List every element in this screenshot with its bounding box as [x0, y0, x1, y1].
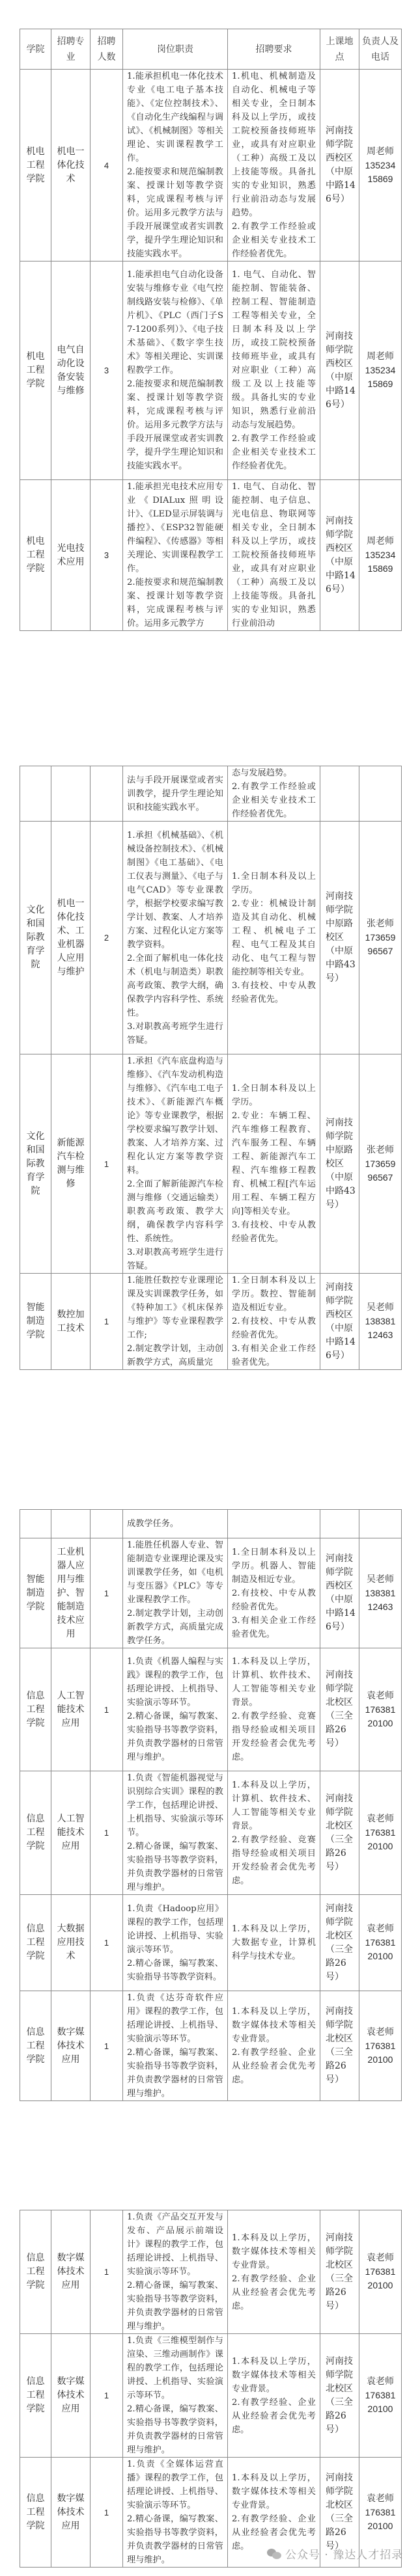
cell-major: 机电一体化技术	[51, 70, 91, 262]
cell-duties: 1.能承担电气自动化设备安装与维修专业《电气控制线路安装与检修》、《单片机》、《…	[123, 262, 228, 480]
cell-duties-item: 2.全面了解机电一体化技术（机电与制造类）职教高考政策、教学大纲，确保教学内容科…	[127, 952, 223, 1020]
watermark: 公众号 · 豫达人才招录	[267, 2545, 403, 2562]
table-page-3: 成教学任务。智能制造学院工业机器人应用与维护、智能制造技术应用11.能胜任机器人…	[20, 1509, 401, 2101]
cell-location: 河南技师学院西校区（中原中路146号）	[320, 480, 359, 631]
cell-college: 信息工程学院	[20, 2210, 51, 2334]
cell-college: 机电工程学院	[20, 480, 51, 631]
cell-duties: 1.能承担机电一体化技术专业《电工电子基本技能》、《定位控制技术》、《自动化生产…	[123, 70, 228, 262]
cell-count: 1	[91, 2334, 123, 2458]
cell-requirements: 1.全日制本科及以上学历。数控、智能制造及相近专业。2.有技校、中专从教经验者优…	[228, 1274, 320, 1370]
cell-duties-item: 1.能承担机电一体化技术专业《电工电子基本技能》、《定位控制技术》、《自动化生产…	[127, 70, 223, 165]
cell-requirements-item: 2.有教学经验、竞赛指导经验或相关项目开发经验者会优先考虑。	[232, 1710, 316, 1764]
contact-phone-part: 173659	[362, 1157, 399, 1171]
cell-requirements: 1.本科及以上学历，数字媒体技术等相关专业背景。2.有教学经验、企业从业经验者会…	[228, 2334, 320, 2458]
contact-phone-part: 20100	[362, 1717, 399, 1730]
wechat-icon	[267, 2548, 281, 2560]
cell-contact: 袁老师17638120100	[359, 1991, 402, 2101]
cell-duties-item: 1.能胜任数控专业课理论课及实训课教学任务，如《特种加工》《机床保养与维护》等专…	[127, 1274, 223, 1342]
cell-requirements: 1.全日制本科及以上学历。机器人、智能制造及相近专业。2.有技校、中专从教经验者…	[228, 1538, 320, 1648]
cell-requirements-item: 1. 电气、自动化、智能控制、智能装备、控制工程、智能制造工程等相关专业，全日制…	[232, 268, 316, 432]
cell-count: 1	[91, 1274, 123, 1370]
cell-count: 2	[91, 822, 123, 1054]
cell-requirements-item: 2.有教学经验、竞赛指导经验或相关项目开发经验者会优先考虑。	[232, 1833, 316, 1888]
cell-major: 数字媒体技术应用	[51, 1991, 91, 2101]
contact-phone-part: 12463	[362, 1600, 399, 1614]
cell-duties-item: 法与手段开展课堂或者实训教学，提升学生理论知识和技能实践水平。	[127, 773, 223, 814]
contact-name: 周老师	[362, 350, 399, 364]
header-requirements: 招聘要求	[228, 29, 320, 70]
header-duties: 岗位职责	[123, 29, 228, 70]
cell-duties-item: 2.精心备课，编写教案、实验指导书等教学资料，并负责教学器材的日常管理与维护。	[127, 2402, 223, 2457]
header-location: 上课地点	[320, 29, 359, 70]
table-row: 机电工程学院光电技术应用31.能承担光电技术应用专业《DIALux照明设计》、《…	[20, 480, 402, 631]
contact-phone-part: 135234	[362, 364, 399, 377]
cell-duties: 1.能承担光电技术应用专业《DIALux照明设计》、《LED显示屏装调与播控》、…	[123, 480, 228, 631]
cell-duties-item: 3.对职教高考班学生进行答疑。	[127, 1246, 223, 1273]
cell-requirements-item: 2.有教学工作经验或企业相关专业技术工作经验者优先。	[232, 432, 316, 473]
cell-contact: 张老师17365996567	[359, 822, 402, 1054]
cell-duties: 1.负责《机器人编程与实践》课程的教学工作，包括理论讲授、上机指导、实验演示等环…	[123, 1648, 228, 1771]
cell-college: 信息工程学院	[20, 2458, 51, 2568]
cell-duties-item: 1.负责《智能机器视觉与识别综合实训》课程的教学工作，包括理论讲授、上机指导、实…	[127, 1771, 223, 1840]
cell-major: 人工智能技术应用	[51, 1648, 91, 1771]
contact-name: 袁老师	[362, 2492, 399, 2506]
recruitment-table: 成教学任务。智能制造学院工业机器人应用与维护、智能制造技术应用11.能胜任机器人…	[20, 1509, 402, 2101]
cell-major	[51, 1510, 91, 1538]
cell-contact: 周老师13523415869	[359, 480, 402, 631]
cell-location	[320, 766, 359, 822]
cell-major: 数控加工技术	[51, 1274, 91, 1370]
contact-name: 袁老师	[362, 2375, 399, 2389]
cell-requirements: 1.全日制本科及以上学历。2.专业：机械设计制造及其自动化、机械工程、机械电子工…	[228, 822, 320, 1054]
cell-major: 数字媒体技术应用	[51, 2458, 91, 2568]
header-count: 招聘人数	[91, 29, 123, 70]
table-row: 信息工程学院人工智能技术应用11.负责《智能机器视觉与识别综合实训》课程的教学工…	[20, 1771, 402, 1895]
cell-college: 信息工程学院	[20, 1991, 51, 2101]
cell-duties: 1.能胜任数控专业课理论课及实训课教学任务，如《特种加工》《机床保养与维护》等专…	[123, 1274, 228, 1370]
cell-college: 信息工程学院	[20, 2334, 51, 2458]
cell-contact: 周老师13523415869	[359, 262, 402, 480]
cell-duties-item: 1.承担《机械基础》、《机械设备控制技术》、《机械制图》《电工基础》、《电工仪表…	[127, 829, 223, 952]
cell-requirements-item: 2.有教学经验、企业从业经验者会优先考虑。	[232, 2396, 316, 2437]
contact-name: 吴老师	[362, 1573, 399, 1587]
cell-duties: 1.能胜任机器人专业、智能制造专业课理论课及实训课教学任务，如《电机与变压器》《…	[123, 1538, 228, 1648]
contact-phone-part: 20100	[362, 2279, 399, 2292]
recruitment-table: 学院 招聘专业 招聘人数 岗位职责 招聘要求 上课地点 负责人及电话 机电工程学…	[20, 29, 402, 631]
cell-requirements: 1. 电气、自动化、智能控制、智能装备、控制工程、智能制造工程等相关专业，全日制…	[228, 262, 320, 480]
cell-count: 1	[91, 1991, 123, 2101]
cell-duties-item: 2.精心备课，编写教案、实验指导书等教学资料。	[127, 1957, 223, 1984]
cell-count: 3	[91, 262, 123, 480]
cell-college	[20, 766, 51, 822]
cell-duties-item: 2.制定教学计划，主动创新教学方式，高质量完成教学任务。	[127, 1607, 223, 1648]
table-row: 智能制造学院数控加工技术11.能胜任数控专业课理论课及实训课教学任务，如《特种加…	[20, 1274, 402, 1370]
cell-requirements: 1.本科及以上学历，大数据专业，计算机科学与技术专业。	[228, 1895, 320, 1991]
cell-requirements-item: 2.专业：机械设计制造及其自动化、机械工程、机械电子工程、电气工程及其自动化、电…	[232, 897, 316, 979]
cell-requirements-item: 2.有教学工作经验或企业相关专业技术工作经验者优先。	[232, 220, 316, 261]
contact-phone-part: 20100	[362, 2053, 399, 2067]
cell-duties: 成教学任务。	[123, 1510, 228, 1538]
cell-requirements-item: 3.有相关企业工作经验者优先。	[232, 1342, 316, 1369]
cell-college: 信息工程学院	[20, 1895, 51, 1991]
cell-duties-item: 2.能按要求和规范编制教案、授课计划等教学资料，完成课程考核与评价。运用多元教学…	[127, 165, 223, 261]
cell-major: 新能源汽车检测与维修	[51, 1054, 91, 1274]
cell-duties-item: 1.能承担光电技术应用专业《DIALux照明设计》、《LED显示屏装调与播控》、…	[127, 480, 223, 576]
cell-contact: 袁老师17638120100	[359, 1648, 402, 1771]
cell-major: 工业机器人应用与维护、智能制造技术应用	[51, 1538, 91, 1648]
contact-phone-part: 135234	[362, 548, 399, 562]
cell-contact: 袁老师17638120100	[359, 1771, 402, 1895]
cell-college: 智能制造学院	[20, 1538, 51, 1648]
contact-phone-part: 176381	[362, 2506, 399, 2519]
cell-requirements-item: 1.本科及以上学历，数字媒体技术等相关专业背景。	[232, 2471, 316, 2512]
cell-duties-item: 2.精心备课，编写教案、实验指导书等教学资料，并负责教学器材的日常管理与维护。	[127, 1710, 223, 1764]
contact-phone-part: 176381	[362, 2265, 399, 2279]
cell-duties-item: 1.负责《Hadoop应用》课程的教学工作，包括理论讲授、上机指导、实验演示等环…	[127, 1902, 223, 1957]
contact-name: 袁老师	[362, 1922, 399, 1936]
cell-duties: 1.负责《达芬奇软件应用》课程的教学工作，包括理论讲授、上机指导、实验演示等环节…	[123, 1991, 228, 2101]
cell-requirements-item: 3.有技校、中专从教经验者优先。	[232, 1218, 316, 1246]
table-page-4: 信息工程学院数字媒体技术应用11.负责《产品交互开发与发布、产品展示前端设计》课…	[20, 2210, 401, 2568]
contact-name: 张老师	[362, 917, 399, 931]
header-major: 招聘专业	[51, 29, 91, 70]
cell-requirements-item: 2.有教学经验、企业从业经验者会优先考虑。	[232, 2046, 316, 2087]
contact-name: 袁老师	[362, 1689, 399, 1703]
cell-duties-item: 2.精心备课，编写教案、实验指导书等教学资料，并负责教学器材的日常管理与维护。	[127, 2512, 223, 2567]
cell-contact	[359, 1510, 402, 1538]
cell-major: 数字媒体技术应用	[51, 2210, 91, 2334]
cell-location: 河南技师学院北校区（三全路26号）	[320, 2210, 359, 2334]
contact-name: 张老师	[362, 1144, 399, 1157]
contact-phone-part: 176381	[362, 1703, 399, 1717]
cell-requirements: 态与发展趋势。2.有教学工作经验或企业相关专业技术工作经验者优先。	[228, 766, 320, 822]
cell-duties-item: 2.精心备课，编写教案、实验指导书等教学资料，并负责教学器材的日常管理与维护。	[127, 2046, 223, 2100]
cell-requirements: 1.本科及以上学历，数字媒体技术等相关专业背景。2.有教学经验、企业从业经验者会…	[228, 1991, 320, 2101]
cell-duties-item: 1.负责《三维模型制作与渲染、三维动画制作》课程的教学工作，包括理论讲授、上机指…	[127, 2334, 223, 2402]
cell-requirements-item: 3.有相关企业工作经验者优先。	[232, 1614, 316, 1641]
contact-name: 周老师	[362, 535, 399, 548]
contact-phone-part: 138381	[362, 1315, 399, 1328]
cell-requirements	[228, 1510, 320, 1538]
table-row: 信息工程学院数字媒体技术应用11.负责《产品交互开发与发布、产品展示前端设计》课…	[20, 2210, 402, 2334]
cell-requirements: 1.本科及以上学历，数字媒体技术等相关专业背景。2.有教学经验、企业从业经验者会…	[228, 2210, 320, 2334]
header-contact: 负责人及电话	[359, 29, 402, 70]
cell-contact: 袁老师17638120100	[359, 1895, 402, 1991]
contact-name: 袁老师	[362, 1812, 399, 1826]
cell-count: 1	[91, 1895, 123, 1991]
table-body: 成教学任务。智能制造学院工业机器人应用与维护、智能制造技术应用11.能胜任机器人…	[20, 1510, 402, 2101]
cell-major: 数字媒体技术应用	[51, 2334, 91, 2458]
contact-phone-part: 176381	[362, 1936, 399, 1950]
cell-location: 河南技师学院中原路校区（中原中路43号）	[320, 822, 359, 1054]
cell-duties: 1.承担《机械基础》、《机械设备控制技术》、《机械制图》《电工基础》、《电工仪表…	[123, 822, 228, 1054]
cell-college: 机电工程学院	[20, 70, 51, 262]
cell-duties-item: 2.能按要求和规范编制教案、授课计划等教学资料，完成课程考核与评价。运用多元教学…	[127, 576, 223, 630]
cell-duties-item: 1.负责《机器人编程与实践》课程的教学工作，包括理论讲授、上机指导、实验演示等环…	[127, 1655, 223, 1710]
table-header-row: 学院 招聘专业 招聘人数 岗位职责 招聘要求 上课地点 负责人及电话	[20, 29, 402, 70]
cell-duties-item: 2.精心备课，编写教案、实验指导书等教学资料，并负责教学器材的日常管理与维护。	[127, 1840, 223, 1894]
cell-count: 1	[91, 2210, 123, 2334]
cell-duties-item: 1.负责《产品交互开发与发布、产品展示前端设计》课程的教学工作，包括理论讲授、上…	[127, 2210, 223, 2279]
cell-requirements-item: 1.全日制本科及以上学历。	[232, 870, 316, 897]
contact-phone-part: 15869	[362, 377, 399, 391]
cell-requirements: 1.机电、机械制造及自动化、机械电子等相关专业，全日制本科及以上学历，或技工院校…	[228, 70, 320, 262]
contact-phone-part: 176381	[362, 2389, 399, 2402]
cell-contact: 吴老师13838112463	[359, 1274, 402, 1370]
cell-count: 1	[91, 1538, 123, 1648]
cell-count: 1	[91, 1054, 123, 1274]
cell-college: 机电工程学院	[20, 262, 51, 480]
cell-duties-item: 1.负责《全媒体运营直播》课程的教学工作，包括理论讲授、上机指导、实验演示等环节…	[127, 2458, 223, 2512]
table-page-1: 学院 招聘专业 招聘人数 岗位职责 招聘要求 上课地点 负责人及电话 机电工程学…	[20, 29, 401, 631]
cell-requirements-item: 1.全日制本科及以上学历。	[232, 1082, 316, 1109]
cell-location: 河南技师学院西校区（中原中路146号）	[320, 70, 359, 262]
contact-name: 周老师	[362, 145, 399, 159]
cell-college: 智能制造学院	[20, 1274, 51, 1370]
cell-college: 信息工程学院	[20, 1648, 51, 1771]
contact-phone-part: 20100	[362, 1950, 399, 1963]
cell-contact: 张老师17365996567	[359, 1054, 402, 1274]
cell-requirements-item: 2.专业：车辆工程、汽车维修工程教育、汽车服务工程、车辆工程、新能源汽车工程、汽…	[232, 1109, 316, 1218]
cell-requirements-item: 1. 电气、自动化、智能控制、电子信息、光电信息、物联网等相关专业，全日制本科及…	[232, 480, 316, 630]
contact-name: 袁老师	[362, 2251, 399, 2265]
contact-phone-part: 20100	[362, 2519, 399, 2533]
contact-phone-part: 15869	[362, 172, 399, 186]
recruitment-table: 信息工程学院数字媒体技术应用11.负责《产品交互开发与发布、产品展示前端设计》课…	[20, 2210, 402, 2568]
table-row: 信息工程学院数字媒体技术应用11.负责《三维模型制作与渲染、三维动画制作》课程的…	[20, 2334, 402, 2458]
cell-location: 河南技师学院中原路校区（中原中路43号）	[320, 1054, 359, 1274]
cell-location: 河南技师学院西校区（中原中路146号）	[320, 1274, 359, 1370]
table-row: 信息工程学院大数据应用技术11.负责《Hadoop应用》课程的教学工作，包括理论…	[20, 1895, 402, 1991]
cell-requirements-item: 1.全日制本科及以上学历。机器人、智能制造及相近专业。	[232, 1546, 316, 1587]
cell-college: 文化和国际教育学院	[20, 1054, 51, 1274]
table-row-continuation: 成教学任务。	[20, 1510, 402, 1538]
table-body: 法与手段开展课堂或者实训教学，提升学生理论知识和技能实践水平。态与发展趋势。2.…	[20, 766, 402, 1370]
contact-phone-part: 138381	[362, 1587, 399, 1600]
table-row: 机电工程学院机电一体化技术41.能承担机电一体化技术专业《电工电子基本技能》、《…	[20, 70, 402, 262]
table-row: 文化和国际教育学院新能源汽车检测与维修11.承担《汽车底盘构造与维修》、《汽车发…	[20, 1054, 402, 1274]
contact-phone-part: 135234	[362, 159, 399, 172]
contact-phone-part: 20100	[362, 1840, 399, 1853]
cell-requirements-item: 1.本科及以上学历，计算机、软件技术、人工智能等相关专业背景。	[232, 1778, 316, 1833]
cell-major: 机电一体化技术、工业机器人应用与维护	[51, 822, 91, 1054]
cell-count: 1	[91, 2458, 123, 2568]
contact-phone-part: 15869	[362, 562, 399, 576]
table-row: 机电工程学院电气自动化设备安装与维修31.能承担电气自动化设备安装与维修专业《电…	[20, 262, 402, 480]
contact-name: 吴老师	[362, 1301, 399, 1315]
cell-requirements-item: 2.有技校、中专从教经验者优先。	[232, 1587, 316, 1614]
cell-duties-item: 2.制定教学计划，主动创新教学方式，高质量完	[127, 1342, 223, 1369]
cell-contact: 袁老师17638120100	[359, 2210, 402, 2334]
cell-location: 河南技师学院北校区（三全路26号）	[320, 1991, 359, 2101]
cell-count	[91, 766, 123, 822]
cell-requirements-item: 2.有教学经验、企业从业经验者会优先考虑。	[232, 2272, 316, 2313]
table-body: 信息工程学院数字媒体技术应用11.负责《产品交互开发与发布、产品展示前端设计》课…	[20, 2210, 402, 2568]
cell-requirements-item: 3.有技校、中专从教经验者优先。	[232, 979, 316, 1006]
cell-duties-item: 成教学任务。	[127, 1517, 223, 1531]
header-college: 学院	[20, 29, 51, 70]
cell-requirements-item: 1.本科及以上学历，数字媒体技术等相关专业背景。	[232, 2005, 316, 2046]
contact-phone-part: 176381	[362, 1826, 399, 1840]
table-row-continuation: 法与手段开展课堂或者实训教学，提升学生理论知识和技能实践水平。态与发展趋势。2.…	[20, 766, 402, 822]
contact-name: 袁老师	[362, 2026, 399, 2039]
cell-duties-item: 2.全面了解新能源汽车检测与维修（交通运输类）职教高考政策、教学大纲，确保教学内…	[127, 1177, 223, 1246]
table-row: 智能制造学院工业机器人应用与维护、智能制造技术应用11.能胜任机器人专业、智能制…	[20, 1538, 402, 1648]
cell-contact: 袁老师17638120100	[359, 2334, 402, 2458]
cell-requirements-item: 态与发展趋势。	[232, 766, 316, 780]
cell-duties-item: 1.能承担电气自动化设备安装与维修专业《电气控制线路安装与检修》、《单片机》、《…	[127, 268, 223, 377]
cell-duties: 1.承担《汽车底盘构造与维修》、《汽车发动机构造与维修》、《汽车电工电子技术》、…	[123, 1054, 228, 1274]
cell-contact: 周老师13523415869	[359, 70, 402, 262]
cell-count	[91, 1510, 123, 1538]
cell-requirements: 1. 电气、自动化、智能控制、电子信息、光电信息、物联网等相关专业，全日制本科及…	[228, 480, 320, 631]
table-row: 信息工程学院人工智能技术应用11.负责《机器人编程与实践》课程的教学工作，包括理…	[20, 1648, 402, 1771]
cell-requirements-item: 1.本科及以上学历，大数据专业，计算机科学与技术专业。	[232, 1922, 316, 1963]
cell-requirements-item: 1.本科及以上学历，计算机、软件技术、人工智能等相关专业背景。	[232, 1655, 316, 1710]
contact-phone-part: 173659	[362, 931, 399, 945]
cell-duties-item: 1.负责《达芬奇软件应用》课程的教学工作，包括理论讲授、上机指导、实验演示等环节…	[127, 1991, 223, 2046]
cell-location	[320, 1510, 359, 1538]
cell-location: 河南技师学院北校区（三全路26号）	[320, 1771, 359, 1895]
cell-duties: 法与手段开展课堂或者实训教学，提升学生理论知识和技能实践水平。	[123, 766, 228, 822]
recruitment-table: 法与手段开展课堂或者实训教学，提升学生理论知识和技能实践水平。态与发展趋势。2.…	[20, 766, 402, 1370]
cell-requirements-item: 1.机电、机械制造及自动化、机械电子等相关专业，全日制本科及以上学历，或技工院校…	[232, 70, 316, 220]
cell-location: 河南技师学院北校区（三全路26号）	[320, 1648, 359, 1771]
cell-major: 光电技术应用	[51, 480, 91, 631]
cell-contact: 吴老师13838112463	[359, 1538, 402, 1648]
cell-count: 1	[91, 1771, 123, 1895]
table-row: 文化和国际教育学院机电一体化技术、工业机器人应用与维护21.承担《机械基础》、《…	[20, 822, 402, 1054]
cell-requirements: 1.本科及以上学历，计算机、软件技术、人工智能等相关专业背景。2.有教学经验、竞…	[228, 1648, 320, 1771]
cell-duties-item: 2.能按要求和规范编制教案、授课计划等教学资料，完成课程考核与评价。运用多元教学…	[127, 377, 223, 473]
cell-requirements: 1.本科及以上学历，计算机、软件技术、人工智能等相关专业背景。2.有教学经验、竞…	[228, 1771, 320, 1895]
contact-phone-part: 20100	[362, 2402, 399, 2416]
cell-count: 3	[91, 480, 123, 631]
cell-count: 4	[91, 70, 123, 262]
cell-requirements-item: 1.本科及以上学历，数字媒体技术等相关专业背景。	[232, 2231, 316, 2272]
cell-college	[20, 1510, 51, 1538]
table-page-2: 法与手段开展课堂或者实训教学，提升学生理论知识和技能实践水平。态与发展趋势。2.…	[20, 766, 401, 1370]
cell-college: 文化和国际教育学院	[20, 822, 51, 1054]
cell-requirements-item: 1.全日制本科及以上学历。数控、智能制造及相近专业。	[232, 1274, 316, 1315]
watermark-text: 公众号 · 豫达人才招录	[285, 2545, 403, 2562]
table-row: 信息工程学院数字媒体技术应用11.负责《达芬奇软件应用》课程的教学工作，包括理论…	[20, 1991, 402, 2101]
contact-phone-part: 12463	[362, 1328, 399, 1342]
cell-requirements-item: 1.本科及以上学历，数字媒体技术等相关专业背景。	[232, 2355, 316, 2396]
cell-location: 河南技师学院北校区（三全路26号）	[320, 1895, 359, 1991]
cell-location: 河南技师学院北校区（三全路26号）	[320, 2334, 359, 2458]
cell-duties: 1.负责《Hadoop应用》课程的教学工作，包括理论讲授、上机指导、实验演示等环…	[123, 1895, 228, 1991]
cell-major: 大数据应用技术	[51, 1895, 91, 1991]
cell-duties-item: 3.对职教高考班学生进行答疑。	[127, 1020, 223, 1047]
cell-location: 河南技师学院西校区（中原中路146号）	[320, 262, 359, 480]
cell-contact	[359, 766, 402, 822]
cell-major	[51, 766, 91, 822]
table-body: 机电工程学院机电一体化技术41.能承担机电一体化技术专业《电工电子基本技能》、《…	[20, 70, 402, 631]
cell-duties: 1.负责《产品交互开发与发布、产品展示前端设计》课程的教学工作，包括理论讲授、上…	[123, 2210, 228, 2334]
cell-college: 信息工程学院	[20, 1771, 51, 1895]
cell-major: 电气自动化设备安装与维修	[51, 262, 91, 480]
cell-duties-item: 2.精心备课，编写教案、实验指导书等教学资料，并负责教学器材的日常管理与维护。	[127, 2279, 223, 2333]
cell-location: 河南技师学院西校区（中原中路146号）	[320, 1538, 359, 1648]
cell-count: 1	[91, 1648, 123, 1771]
cell-duties-item: 1.承担《汽车底盘构造与维修》、《汽车发动机构造与维修》、《汽车电工电子技术》、…	[127, 1054, 223, 1177]
cell-requirements-item: 2.有技校、中专从教经验者优先。	[232, 1315, 316, 1342]
cell-requirements-item: 2.有教学工作经验或企业相关专业技术工作经验者优先。	[232, 780, 316, 821]
contact-phone-part: 96567	[362, 945, 399, 958]
contact-phone-part: 176381	[362, 2039, 399, 2053]
cell-major: 人工智能技术应用	[51, 1771, 91, 1895]
cell-duties-item: 1.能胜任机器人专业、智能制造专业课理论课及实训课教学任务，如《电机与变压器》《…	[127, 1538, 223, 1607]
cell-requirements: 1.全日制本科及以上学历。2.专业：车辆工程、汽车维修工程教育、汽车服务工程、车…	[228, 1054, 320, 1274]
cell-duties: 1.负责《全媒体运营直播》课程的教学工作，包括理论讲授、上机指导、实验演示等环节…	[123, 2458, 228, 2568]
contact-phone-part: 96567	[362, 1171, 399, 1185]
cell-duties: 1.负责《三维模型制作与渲染、三维动画制作》课程的教学工作，包括理论讲授、上机指…	[123, 2334, 228, 2458]
cell-duties: 1.负责《智能机器视觉与识别综合实训》课程的教学工作，包括理论讲授、上机指导、实…	[123, 1771, 228, 1895]
